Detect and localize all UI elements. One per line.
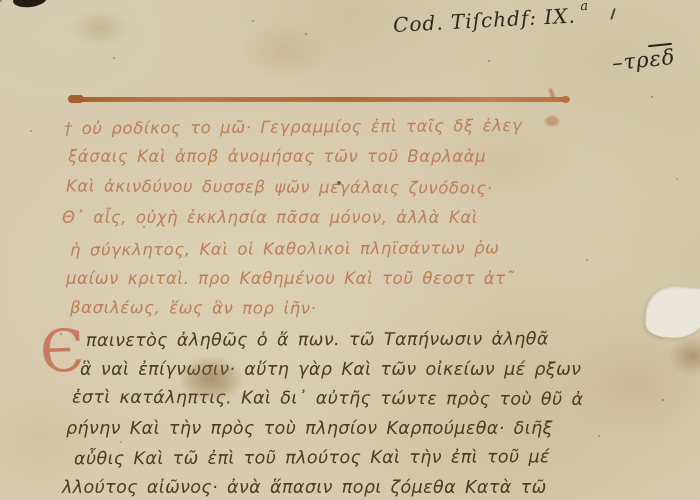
paper-mottle <box>240 20 330 80</box>
main-text-line: αὖθις Καὶ τῶ ἐπὶ τοῦ πλούτος Καὶ τὴν ἐπὶ… <box>74 443 682 475</box>
ornamental-rule <box>72 97 564 102</box>
shelfmark-annotation: Cod. Tiſchdf: IX.a <box>393 3 586 37</box>
rubric-line: ξάσαις Καὶ ἀποβ ἀνομήσας τῶν τοῦ Βαρλαὰμ <box>68 142 662 172</box>
shelfmark-superscript: a <box>580 0 590 15</box>
shelfmark-text: Cod. Tiſchdf: IX. <box>393 3 577 37</box>
rubric-text-block: † οὐ ροδίκος το μῶ· Γεγραμμίος ἐπὶ ταῖς … <box>62 112 662 325</box>
main-text-line: παινετὸς ἀληθῶς ὁ ἄ πων. τῶ Ταπήνωσιν ἀλ… <box>86 325 682 357</box>
main-text-line: ἃ ναὶ ἐπίγνωσιν· αὕτη γὰρ Καὶ τῶν οἰκείω… <box>80 356 682 386</box>
ink-bleed-mark <box>545 116 559 126</box>
main-text-line: ἐστὶ κατάληπτις. Καὶ δι᾽ αὐτῆς τώντε πρὸ… <box>72 384 682 416</box>
rubric-line: Καὶ ἀκινδύνου δυσσεβ ψῶν μεγάλαις ζυνόδο… <box>66 171 662 205</box>
main-text-block: παινετὸς ἀληθῶς ὁ ἄ πων. τῶ Ταπήνωσιν ἀλ… <box>62 326 682 500</box>
rubric-line: † οὐ ροδίκος το μῶ· Γεγραμμίος ἐπὶ ταῖς … <box>64 110 662 145</box>
main-text-line: ρήνην Καὶ τὴν πρὸς τοὺ πλησίον Καρπούμεθ… <box>66 415 682 445</box>
secondary-annotation: –τρεδ <box>611 45 677 75</box>
ink-stain <box>178 356 244 402</box>
rubric-line: μαίων κριταὶ. προ Καθημένου Καὶ τοῦ θεοσ… <box>66 264 662 294</box>
paper-mottle <box>70 8 130 48</box>
manuscript-page: Cod. Tiſchdf: IX.a –τρεδ † οὐ ροδίκος το… <box>0 0 700 500</box>
paper-specks <box>0 0 2 2</box>
main-text-line: λλούτος αἰῶνος· ἀνὰ ἅπασιν πορι ζόμεθα Κ… <box>62 474 682 500</box>
rubric-line: ἡ σύγκλητος, Καὶ οἱ Καθολικοὶ πληϊσάντων… <box>70 232 662 266</box>
pen-tick-mark <box>610 8 616 20</box>
edge-notch <box>12 0 48 9</box>
rubric-line: βασιλέως, ἕως ἂν πορ ἰῆν· <box>70 293 662 325</box>
rubric-line: Θ᾽ αἷς, οὐχὴ ἐκκλησία πᾶσα μόνον, ἀλλὰ Κ… <box>62 203 662 233</box>
